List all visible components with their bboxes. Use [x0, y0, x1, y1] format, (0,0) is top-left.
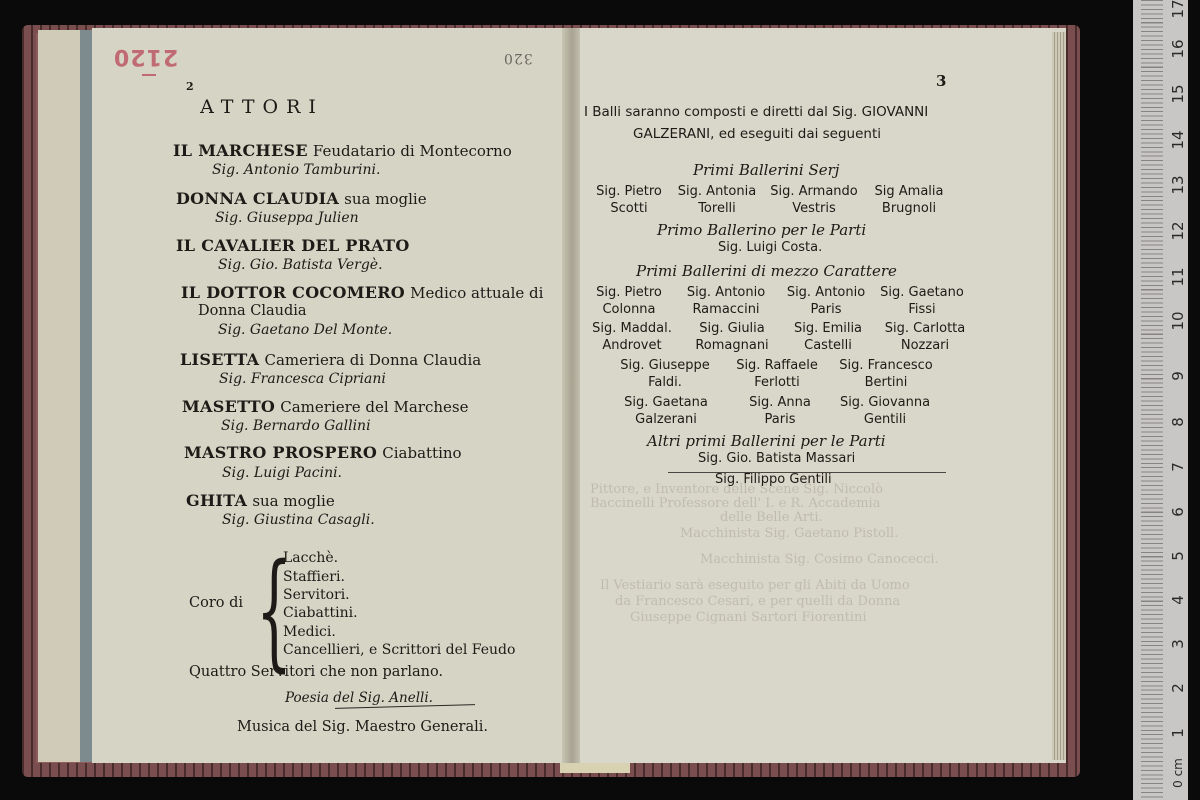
- ruler-label: 15: [1169, 79, 1187, 109]
- dancer: Sig. Gio. Batista Massari: [698, 451, 855, 466]
- bleed-through-text: Il Vestiario sarà eseguito per gli Abiti…: [600, 578, 910, 593]
- ruler-label: 9: [1169, 361, 1187, 391]
- dancer: Sig. RaffaeleFerlotti: [724, 357, 830, 391]
- dancer: Sig. ArmandoVestris: [764, 183, 864, 217]
- dancer: Sig. GiuseppeFaldi.: [612, 357, 718, 391]
- coro-label: Coro di: [189, 595, 243, 611]
- coro-item: Servitori.: [283, 587, 350, 603]
- coro-item: Medici.: [283, 624, 336, 640]
- ruler-label: 0 cm: [1171, 758, 1185, 788]
- dancer: Sig. PietroScotti: [588, 183, 670, 217]
- cast-actor: Sig. Francesca Cipriani: [219, 371, 386, 387]
- page-number-left: 2: [186, 80, 194, 93]
- dancer: Sig. Luigi Costa.: [718, 240, 822, 255]
- cast-role: IL CAVALIER DEL PRATO: [176, 236, 410, 255]
- bleed-through-text: Macchinista Sig. Gaetano Pistoll.: [680, 526, 898, 541]
- library-stamp: 2120: [113, 44, 178, 69]
- cast-actor: Sig. Antonio Tamburini.: [212, 162, 380, 178]
- cast-actor: Sig. Giustina Casagli.: [222, 512, 375, 528]
- ruler-label: 3: [1169, 629, 1187, 659]
- cast-actor: Sig. Gio. Batista Vergè.: [218, 257, 383, 273]
- musica-credit: Musica del Sig. Maestro Generali.: [237, 719, 488, 735]
- bleed-through-text: delle Belle Arti.: [720, 510, 823, 525]
- dancer: Sig. GaetanaGalzerani: [616, 394, 716, 428]
- dancer: Sig. AntonioRamaccini: [676, 284, 776, 318]
- ruler-label: 17: [1169, 0, 1187, 24]
- cast-actor: Sig. Bernardo Gallini: [221, 418, 371, 434]
- section-heading: Primi Ballerini Serj: [693, 161, 839, 179]
- ruler-label: 11: [1169, 262, 1187, 292]
- section-heading: Altri primi Ballerini per le Parti: [647, 432, 886, 450]
- cast-role: GHITA sua moglie: [186, 491, 335, 510]
- ruler-label: 14: [1169, 125, 1187, 155]
- dancer: Sig. GiuliaRomagnani: [684, 320, 780, 354]
- dancer: Sig. GaetanoFissi: [876, 284, 968, 318]
- intro-line-2: GALZERANI, ed eseguiti dai seguenti: [633, 126, 881, 142]
- ruler-label: 1: [1169, 718, 1187, 748]
- quattro-servitori: Quattro Servitori che non parlano.: [189, 664, 443, 680]
- cast-role: MASTRO PROSPERO Ciabattino: [184, 443, 462, 462]
- ruler-label: 8: [1169, 407, 1187, 437]
- cast-role: LISETTA Cameriera di Donna Claudia: [180, 350, 481, 369]
- ruler-label: 12: [1169, 216, 1187, 246]
- ruler-label: 2: [1169, 673, 1187, 703]
- dancer: Sig. AnnaParis: [732, 394, 828, 428]
- dancer: Sig. FrancescoBertini: [830, 357, 942, 391]
- poesia-credit: Poesia del Sig. Anelli.: [285, 690, 433, 706]
- coro-item: Ciabattini.: [283, 605, 358, 621]
- ruler-label: 4: [1169, 585, 1187, 615]
- measuring-ruler: 0 cm 1 2 3 4 5 6 7 8 9 10 11 12 13 14 15…: [1133, 0, 1188, 800]
- dancer: Sig. CarlottaNozzari: [876, 320, 974, 354]
- cast-role: MASETTO Cameriere del Marchese: [182, 397, 468, 416]
- ruler-label: 10: [1169, 306, 1187, 336]
- bleed-through-text: da Francesco Cesari, e per quelli da Don…: [615, 594, 900, 609]
- cast-role: IL MARCHESE Feudatario di Montecorno: [173, 141, 512, 160]
- ruler-ticks: [1141, 0, 1163, 800]
- cast-actor: Sig. Giuseppa Julien: [215, 210, 359, 226]
- dancer: Sig. AntonioParis: [776, 284, 876, 318]
- ruler-label: 16: [1169, 34, 1187, 64]
- ruler-label: 5: [1169, 541, 1187, 571]
- cast-role-desc-cont: Donna Claudia: [198, 303, 307, 319]
- cast-role: IL DOTTOR COCOMERO Medico attuale di: [181, 283, 543, 302]
- ruler-label: 13: [1169, 170, 1187, 200]
- blue-paper-strip: [80, 30, 92, 762]
- coro-item: Cancellieri, e Scrittori del Feudo: [283, 642, 515, 658]
- dancer: Sig AmaliaBrugnoli: [864, 183, 954, 217]
- ruler-label: 7: [1169, 452, 1187, 482]
- coro-item: Lacchè.: [283, 550, 338, 566]
- ruler-label: 6: [1169, 497, 1187, 527]
- bleed-through-text: Giuseppe Cignani Sartori Fiorentini: [630, 610, 867, 625]
- section-heading: Primo Ballerino per le Parti: [657, 221, 866, 239]
- page-bottom-edge: [560, 763, 630, 773]
- dancer: Sig. PietroColonna: [586, 284, 672, 318]
- cast-role: DONNA CLAUDIA sua moglie: [176, 189, 427, 208]
- section-heading: Primi Ballerini di mezzo Carattere: [636, 262, 897, 280]
- intro-line-1: I Balli saranno composti e diretti dal S…: [584, 104, 928, 120]
- dancer: Sig. Filippo Gentili: [715, 472, 832, 487]
- bleed-through-text: Macchinista Sig. Cosimo Canocecci.: [700, 552, 939, 567]
- dancer: Sig. GiovannaGentili: [830, 394, 940, 428]
- ghost-page-number: 320: [503, 50, 533, 66]
- dancer: Sig. EmiliaCastelli: [780, 320, 876, 354]
- dancer: Sig. Maddal.Androvet: [586, 320, 678, 354]
- page-number-right: 3: [936, 72, 946, 90]
- stamp-underline: [142, 74, 156, 76]
- coro-item: Staffieri.: [283, 569, 345, 585]
- dancer: Sig. AntoniaTorelli: [670, 183, 764, 217]
- page-title-attori: ATTORI: [92, 96, 432, 118]
- page-edges: [1052, 32, 1066, 760]
- cast-actor: Sig. Gaetano Del Monte.: [218, 322, 392, 338]
- cast-actor: Sig. Luigi Pacini.: [222, 465, 342, 481]
- bleed-through-text: Baccinelli Professore dell' I. e R. Acca…: [590, 496, 880, 511]
